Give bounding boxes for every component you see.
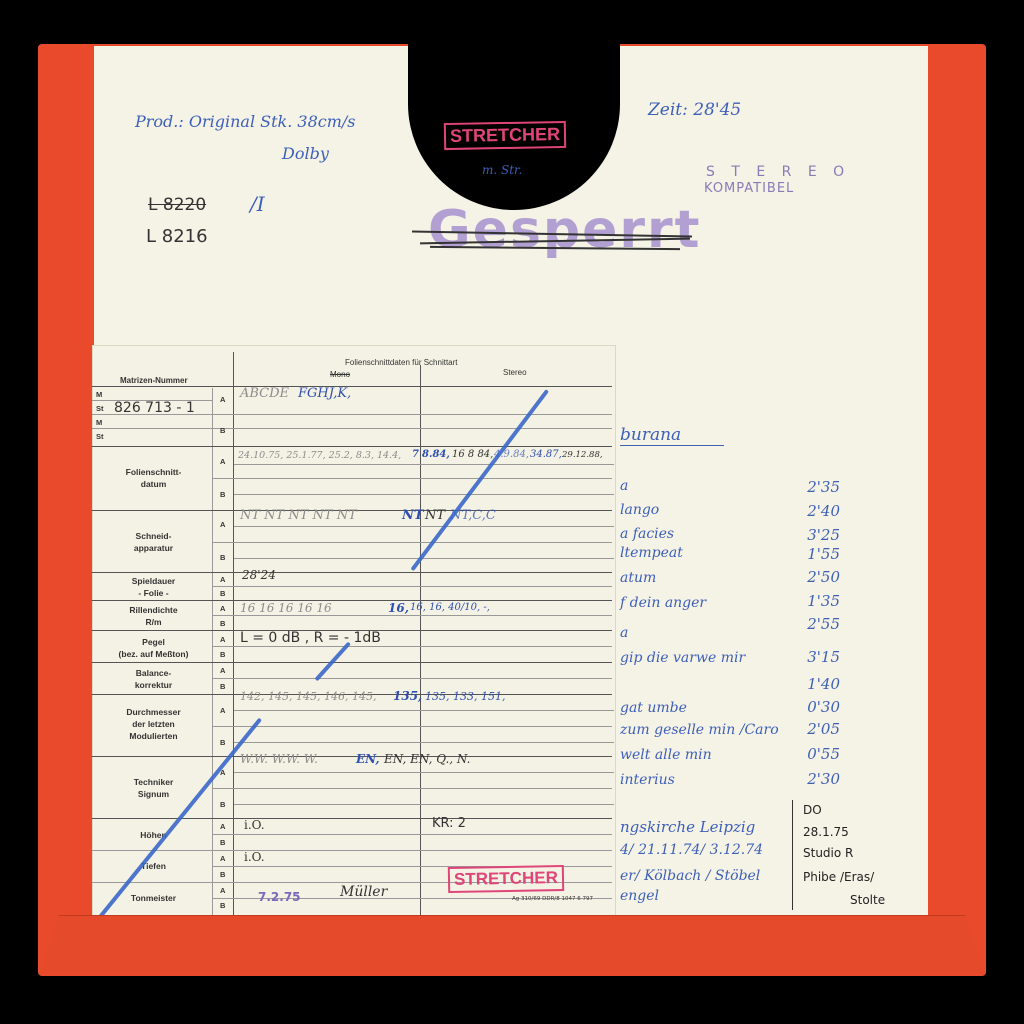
apparatur-gray: NT NT NT NT NT	[240, 508, 357, 523]
row-line	[92, 818, 612, 819]
side-b-label: B	[220, 650, 225, 659]
side-a-label: A	[220, 575, 225, 584]
side-a-label: A	[220, 666, 225, 675]
side-b-label: B	[220, 838, 225, 847]
row-line	[212, 646, 612, 647]
hoehen-stereo: KR: 2	[432, 816, 466, 831]
row-label-durchmesser: Durchmesser der letzten Modulierten	[96, 706, 211, 742]
stretcher-note: m. Str.	[482, 163, 522, 177]
stereo-stamp: S T E R E O	[706, 164, 850, 180]
row-line	[212, 834, 612, 835]
datum-stereo-blue2: 34.87,	[530, 449, 562, 460]
track-time: 1'35	[770, 592, 840, 610]
track-time: 3'15	[770, 648, 840, 666]
datum-mono-gray: 24.10.75, 25.1.77, 25.2, 8.3, 14.4,	[238, 450, 401, 461]
right-note: Stolte	[850, 893, 885, 907]
row-line	[212, 542, 612, 543]
track-name: a facies	[620, 526, 674, 542]
right-note: 28.1.75	[803, 825, 849, 839]
row-line	[212, 478, 612, 479]
stretcher-stamp-bottom: STRETCHER	[448, 865, 564, 893]
row-line	[92, 386, 612, 387]
track-name: atum	[620, 570, 656, 586]
tiefen-mono: i.O.	[244, 850, 265, 864]
side-b-label: B	[220, 589, 225, 598]
track-time: 2'40	[770, 502, 840, 520]
durchmesser-stereo: 135, 133, 151,	[425, 690, 505, 703]
row-label-balance: Balance- korrektur	[96, 667, 211, 691]
row-line	[92, 572, 612, 573]
row-line	[212, 678, 612, 679]
row-line	[92, 600, 612, 601]
track-time: 2'35	[770, 478, 840, 496]
col-divider	[212, 388, 213, 916]
side-a-label: A	[220, 604, 225, 613]
datum-mono-blue: 7	[412, 449, 419, 460]
side-a-label: A	[220, 520, 225, 529]
row-line	[212, 615, 612, 616]
notes-divider	[792, 800, 793, 910]
production-note: Prod.: Original Stk. 38cm/s	[135, 112, 356, 131]
track-name: a	[620, 625, 628, 641]
track-time: 2'30	[770, 770, 840, 788]
right-note: Studio R	[803, 846, 853, 860]
side-b-label: B	[220, 800, 225, 809]
row-line	[234, 772, 614, 773]
row-line	[92, 446, 612, 447]
datum-stereo-blue: 8.84,	[422, 449, 450, 460]
matrix-mono-label: M	[96, 390, 102, 399]
track-name: a	[620, 478, 628, 494]
pegel-value: L = 0 dB , R = - 1dB	[240, 630, 381, 646]
row-line	[212, 726, 612, 727]
side-a-label: A	[220, 854, 225, 863]
side-b-label: B	[220, 619, 225, 628]
duration-note: Zeit: 28'45	[648, 100, 741, 120]
row-label-apparatur: Schneid- apparatur	[96, 530, 211, 554]
tonmeister-date: 7.2.75	[258, 890, 301, 904]
matrix-mono-label: M	[96, 418, 102, 427]
datum-stereo-dark: 16 8 84,	[452, 449, 493, 460]
kompatibel-stamp: KOMPATIBEL	[704, 181, 794, 196]
track-time: 2'05	[770, 720, 840, 738]
row-label-pegel: Pegel (bez. auf Meßton)	[96, 636, 211, 660]
performers-cont: engel	[620, 888, 659, 904]
side-b-label: B	[220, 490, 225, 499]
track-name: gat umbe	[620, 700, 687, 716]
signum-blue: EN,	[356, 752, 380, 766]
matrix-stereo-label: St	[96, 432, 104, 441]
row-line	[234, 710, 614, 711]
row-line	[234, 526, 614, 527]
track-name: welt alle min	[620, 747, 712, 763]
datum-stereo-dark2: 29.12.88,	[562, 450, 603, 460]
performers: er/ Kölbach / Stöbel	[620, 868, 760, 884]
track-name: ltempeat	[620, 545, 683, 561]
track-name: interius	[620, 772, 675, 788]
hoehen-mono: i.O.	[244, 818, 265, 832]
apparatur-blue: NT	[402, 508, 424, 523]
tonmeister-signature: Müller	[340, 884, 387, 900]
dolby-note: Dolby	[282, 144, 329, 163]
col-matrix: Matrizen-Nummer	[120, 376, 188, 385]
rillendichte-gray: 16 16 16 16 16	[240, 601, 332, 615]
side-b-label: B	[220, 426, 225, 435]
durchmesser-blue: 135,	[393, 689, 422, 703]
row-label-tiefen: Tiefen	[96, 860, 211, 872]
track-name: zum geselle min /Caro	[620, 722, 779, 738]
track-time: 0'30	[770, 698, 840, 716]
track-time: 1'55	[770, 545, 840, 563]
row-label-hoehen: Höhen	[96, 829, 211, 841]
track-time: 2'55	[770, 615, 840, 633]
side-b-label: B	[220, 901, 225, 910]
tracklist-title: burana	[620, 425, 724, 446]
row-line	[92, 756, 612, 757]
track-time: 1'40	[770, 675, 840, 693]
rillendichte-blue: 16,	[388, 601, 409, 615]
matrix-side-a-gray: ABCDE	[240, 386, 289, 401]
row-line	[234, 742, 614, 743]
col-mono: Mono	[330, 370, 350, 379]
durchmesser-gray: 142, 145, 145, 146, 145,	[240, 690, 376, 703]
side-b-label: B	[220, 870, 225, 879]
side-b-label: B	[220, 738, 225, 747]
matrix-stereo-label: St	[96, 404, 104, 413]
side-a-label: A	[220, 822, 225, 831]
row-line	[234, 494, 614, 495]
side-a-label: A	[220, 706, 225, 715]
col-divider	[420, 365, 421, 915]
right-note: DO	[803, 803, 822, 817]
recording-dates: 4/ 21.11.74/ 3.12.74	[620, 842, 763, 858]
track-time: 2'50	[770, 568, 840, 586]
side-a-label: A	[220, 635, 225, 644]
track-time: 3'25	[770, 526, 840, 544]
track-name: lango	[620, 502, 659, 518]
row-line	[92, 428, 612, 429]
right-note: Phibe /Eras/	[803, 870, 874, 884]
form-number: Ag 310/69 DDR/8 1047 6 797	[512, 896, 593, 902]
sleeve-flap	[40, 915, 984, 973]
catalog-old: L 8220	[148, 195, 206, 215]
track-time: 0'55	[770, 745, 840, 763]
card-title: Folienschnittdaten für Schnittart	[345, 358, 458, 367]
row-label-spieldauer: Spieldauer - Folie -	[96, 575, 211, 599]
matrix-number: 826 713 - 1	[114, 400, 195, 416]
row-line	[212, 586, 612, 587]
col-stereo: Stereo	[503, 368, 527, 377]
spieldauer-value: 28'24	[242, 568, 276, 582]
rillendichte-stereo: 16, 16, 40/10, -,	[410, 602, 490, 613]
side-b-label: B	[220, 682, 225, 691]
side-a-label: A	[220, 886, 225, 895]
row-line	[212, 788, 612, 789]
row-label-rillendichte: Rillendichte R/m	[96, 604, 211, 628]
row-line	[234, 558, 614, 559]
catalog-side: /I	[250, 192, 265, 216]
stretcher-stamp-top: STRETCHER	[444, 121, 566, 150]
catalog-new: L 8216	[146, 226, 208, 247]
row-line	[234, 804, 614, 805]
signum-gray: W.W. W.W. W.	[240, 752, 318, 766]
side-b-label: B	[220, 553, 225, 562]
side-a-label: A	[220, 395, 225, 404]
side-a-label: A	[220, 457, 225, 466]
row-label-datum: Folienschnitt- datum	[96, 466, 211, 490]
row-line	[92, 850, 612, 851]
track-name: f dein anger	[620, 595, 706, 611]
gesperrt-stamp: Gesperrt	[428, 200, 702, 260]
row-line	[234, 464, 614, 465]
track-name: gip die varwe mir	[620, 650, 745, 666]
apparatur-dark: NT	[425, 508, 445, 523]
recording-venue: ngskirche Leipzig	[620, 818, 755, 836]
matrix-side-a-blue: FGHJ,K,	[298, 386, 351, 401]
signum-stereo: EN, EN, Q., N.	[384, 752, 470, 766]
row-line	[92, 662, 612, 663]
